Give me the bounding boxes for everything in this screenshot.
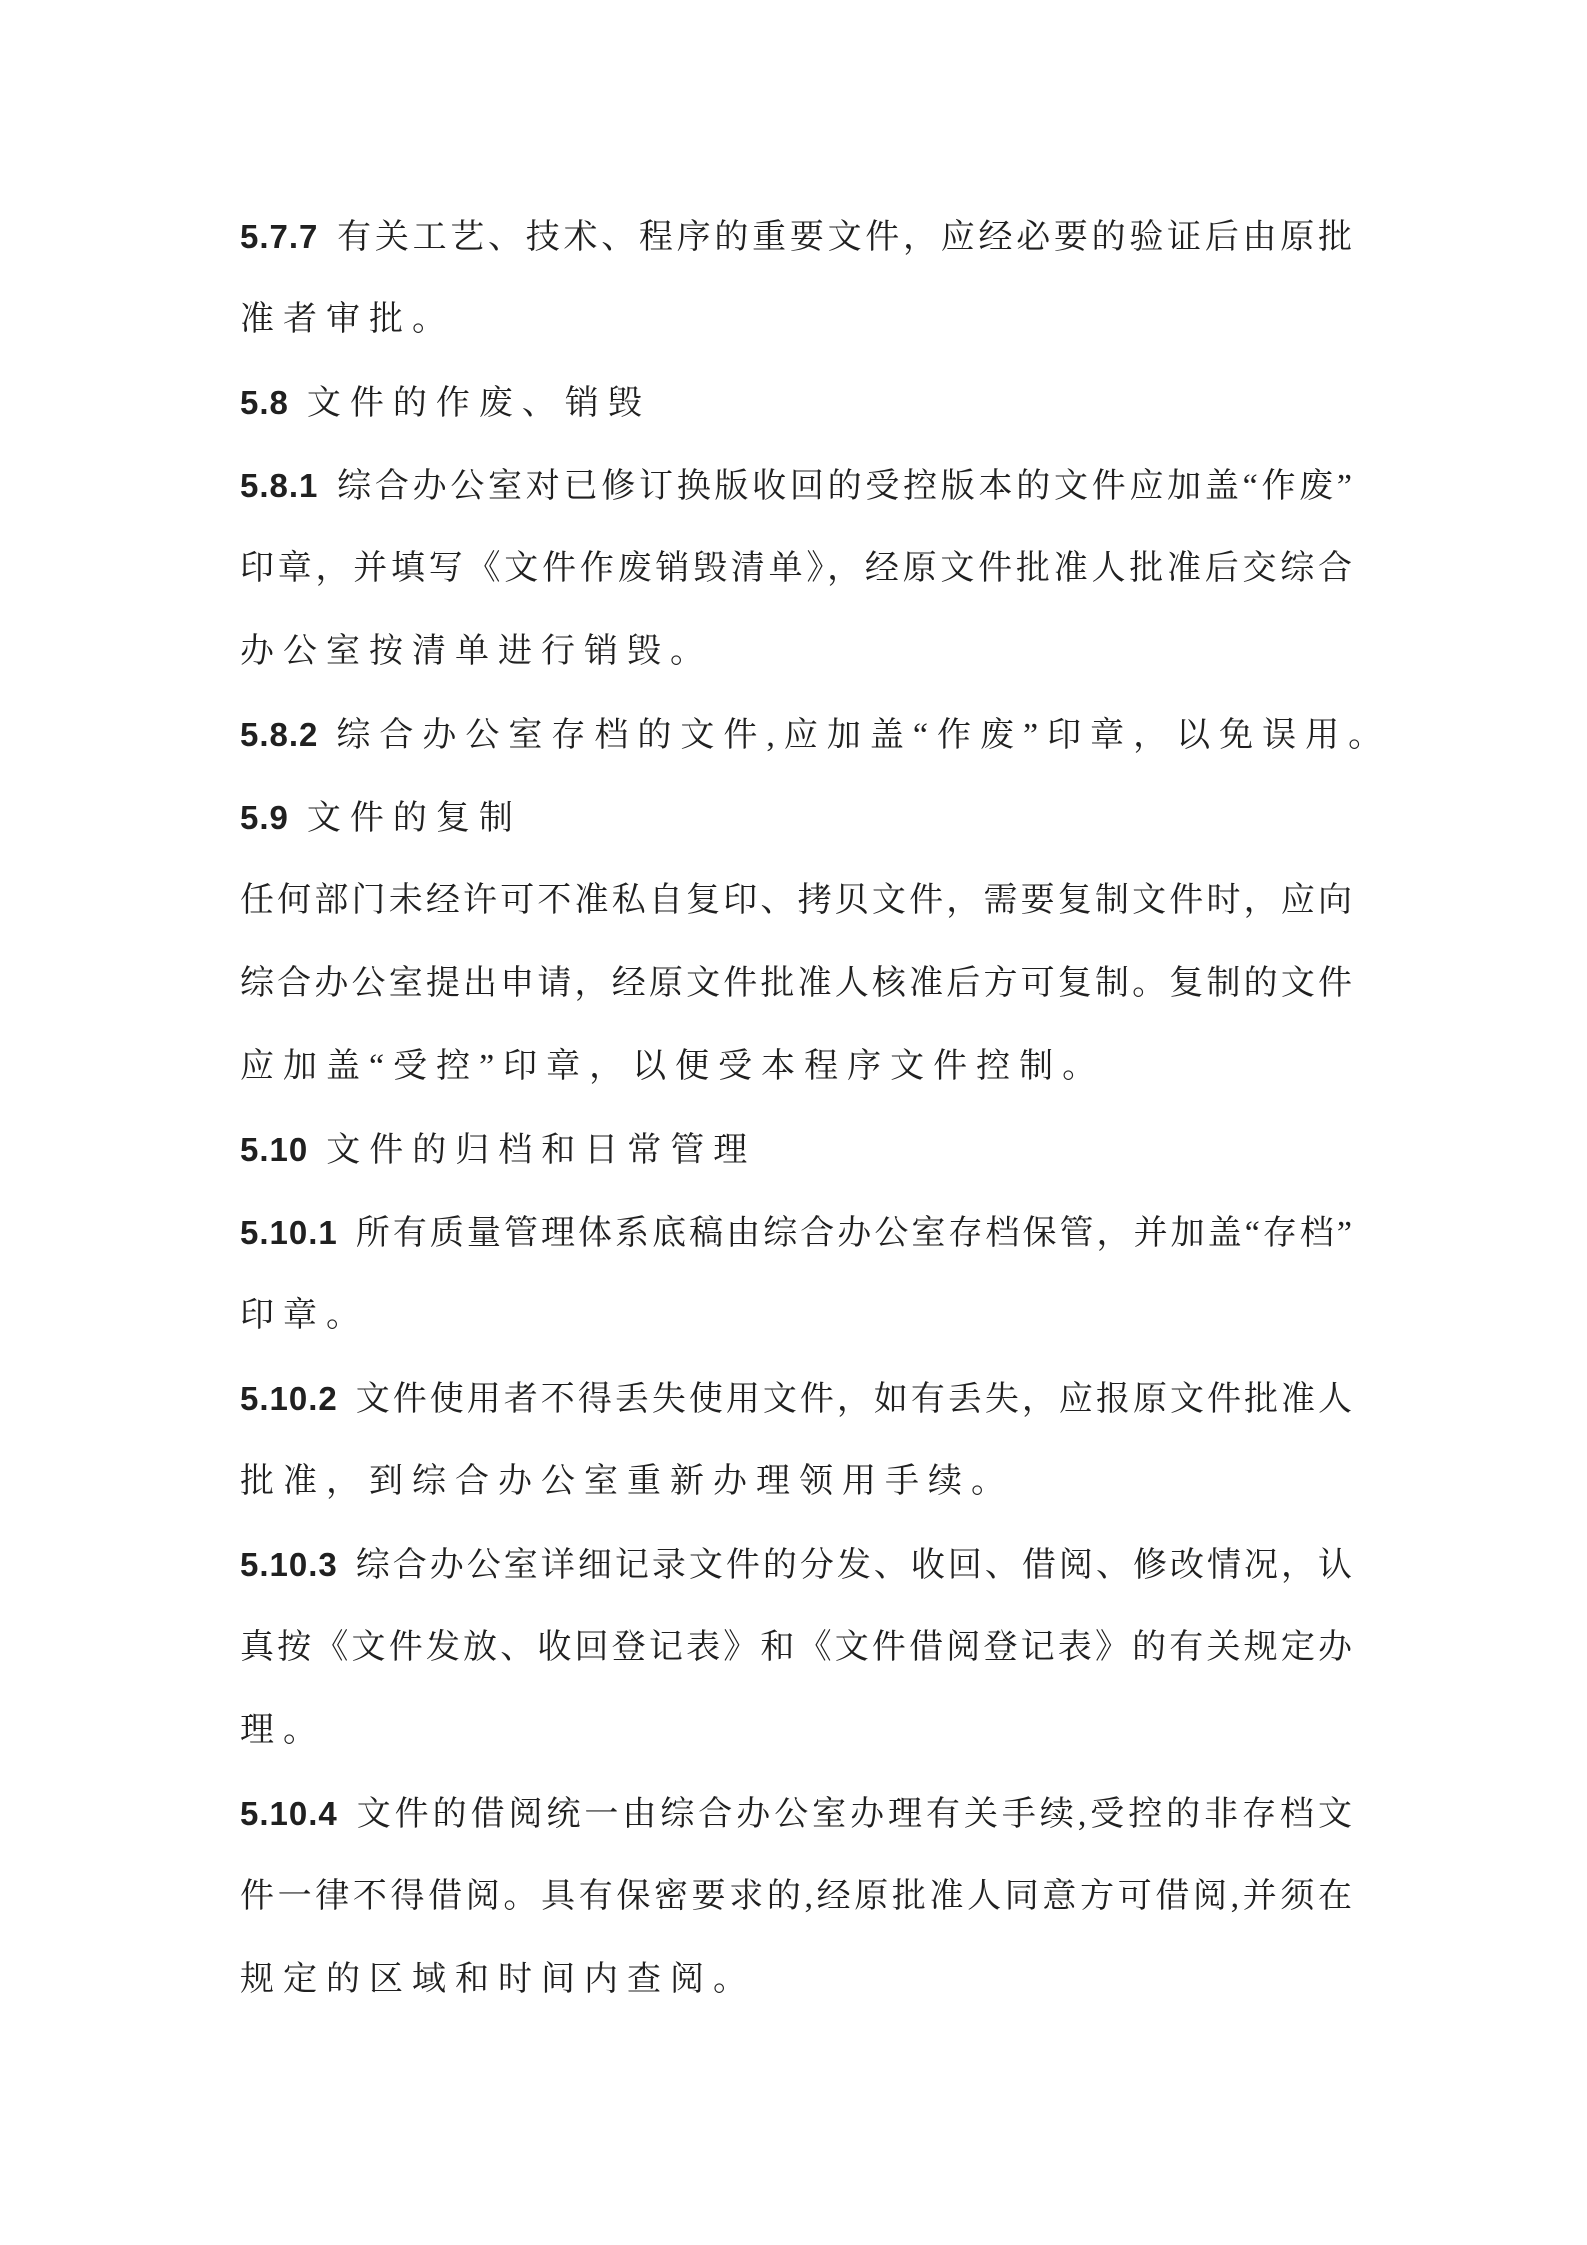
section-number: 5.10.1 [240, 1214, 338, 1251]
section-number: 5.8 [240, 384, 289, 421]
line-text: 有关工艺、技术、程序的重要文件，应经必要的验证后由原批 [336, 219, 1355, 256]
text-line: 综合办公室提出申请，经原文件批准人核准后方可复制。复制的文件 [240, 942, 1355, 1025]
text-line: 5.8.1综合办公室对已修订换版收回的受控版本的文件应加盖“作废” [240, 444, 1355, 527]
text-line: 真按《文件发放、收回登记表》和《文件借阅登记表》的有关规定办 [240, 1606, 1355, 1689]
text-line: 任何部门未经许可不准私自复印、拷贝文件，需要复制文件时，应向 [240, 859, 1355, 942]
line-text: 准者审批。 [240, 301, 455, 338]
line-text: 文件的归档和日常管理 [326, 1132, 756, 1169]
text-line: 5.10.4文件的借阅统一由综合办公室办理有关手续,受控的非存档文 [240, 1772, 1355, 1855]
line-text: 文件的借阅统一由综合办公室办理有关手续,受控的非存档文 [356, 1796, 1355, 1833]
section-number: 5.8.1 [240, 467, 318, 504]
text-line: 5.9文件的复制 [240, 776, 1355, 859]
line-text: 真按《文件发放、收回登记表》和《文件借阅登记表》的有关规定办 [240, 1629, 1355, 1666]
text-line: 应加盖“受控”印章，以便受本程序文件控制。 [240, 1025, 1355, 1108]
line-text: 件一律不得借阅。具有保密要求的,经原批准人同意方可借阅,并须在 [240, 1878, 1355, 1915]
text-line: 5.10.3综合办公室详细记录文件的分发、收回、借阅、修改情况，认 [240, 1523, 1355, 1606]
section-number: 5.10.2 [240, 1380, 338, 1417]
text-line: 准者审批。 [240, 278, 1355, 361]
text-line: 5.10.2文件使用者不得丢失使用文件，如有丢失，应报原文件批准人 [240, 1357, 1355, 1440]
line-text: 综合办公室对已修订换版收回的受控版本的文件应加盖“作废” [336, 468, 1355, 505]
line-text: 文件的复制 [307, 800, 522, 837]
line-text: 文件的作废、销毁 [307, 385, 651, 422]
line-text: 印章，并填写《文件作废销毁清单》，经原文件批准人批准后交综合 [240, 550, 1355, 587]
line-text: 综合办公室详细记录文件的分发、收回、借阅、修改情况，认 [356, 1547, 1355, 1584]
text-line: 5.8文件的作废、销毁 [240, 361, 1355, 444]
text-line: 5.7.7有关工艺、技术、程序的重要文件，应经必要的验证后由原批 [240, 195, 1355, 278]
text-line: 批准，到综合办公室重新办理领用手续。 [240, 1440, 1355, 1523]
text-line: 5.10.1所有质量管理体系底稿由综合办公室存档保管，并加盖“存档” [240, 1191, 1355, 1274]
text-line: 件一律不得借阅。具有保密要求的,经原批准人同意方可借阅,并须在 [240, 1855, 1355, 1938]
line-text: 文件使用者不得丢失使用文件，如有丢失，应报原文件批准人 [356, 1381, 1355, 1418]
text-line: 办公室按清单进行销毁。 [240, 610, 1355, 693]
section-number: 5.10.3 [240, 1546, 338, 1583]
line-text: 综合办公室存档的文件,应加盖“作废”印章，以免误用。 [336, 717, 1391, 754]
section-number: 5.10 [240, 1131, 308, 1168]
text-line: 5.10文件的归档和日常管理 [240, 1108, 1355, 1191]
line-text: 应加盖“受控”印章，以便受本程序文件控制。 [240, 1048, 1105, 1085]
document-page: 5.7.7有关工艺、技术、程序的重要文件，应经必要的验证后由原批 准者审批。 5… [0, 0, 1587, 2245]
section-number: 5.7.7 [240, 218, 318, 255]
line-text: 任何部门未经许可不准私自复印、拷贝文件，需要复制文件时，应向 [240, 882, 1355, 919]
line-text: 办公室按清单进行销毁。 [240, 633, 713, 670]
line-text: 印章。 [240, 1297, 369, 1334]
section-number: 5.9 [240, 799, 289, 836]
text-line: 印章，并填写《文件作废销毁清单》，经原文件批准人批准后交综合 [240, 527, 1355, 610]
text-line: 5.8.2综合办公室存档的文件,应加盖“作废”印章，以免误用。 [240, 693, 1355, 776]
line-text: 理。 [240, 1712, 326, 1749]
line-text: 规定的区域和时间内查阅。 [240, 1961, 756, 1998]
section-number: 5.8.2 [240, 716, 318, 753]
line-text: 所有质量管理体系底稿由综合办公室存档保管，并加盖“存档” [356, 1215, 1355, 1252]
text-line: 理。 [240, 1689, 1355, 1772]
line-text: 批准，到综合办公室重新办理领用手续。 [240, 1463, 1014, 1500]
text-line: 规定的区域和时间内查阅。 [240, 1938, 1355, 2021]
text-line: 印章。 [240, 1274, 1355, 1357]
section-number: 5.10.4 [240, 1795, 338, 1832]
document-body: 5.7.7有关工艺、技术、程序的重要文件，应经必要的验证后由原批 准者审批。 5… [240, 195, 1355, 2021]
line-text: 综合办公室提出申请，经原文件批准人核准后方可复制。复制的文件 [240, 965, 1355, 1002]
